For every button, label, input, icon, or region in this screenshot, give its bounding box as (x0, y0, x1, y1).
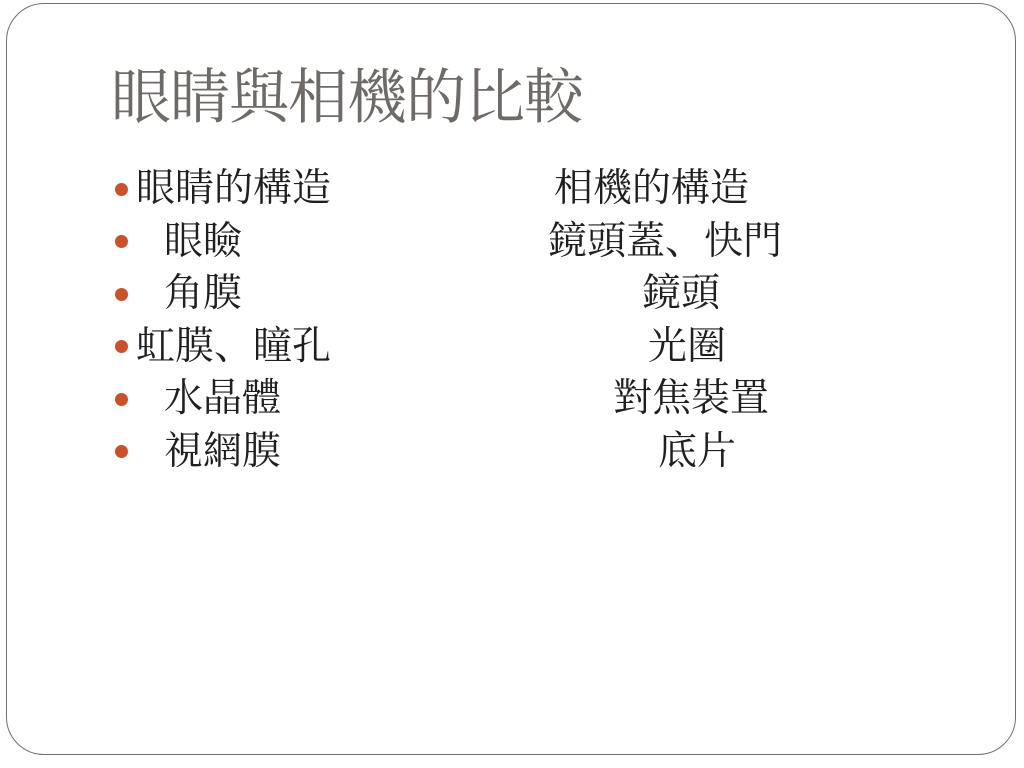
list-item: 虹膜、瞳孔 光圈 (7, 321, 1015, 374)
bullet-icon (115, 183, 128, 196)
eye-structure-term: 角膜 (136, 268, 242, 321)
eye-structure-term: 水晶體 (136, 373, 281, 426)
bullet-icon (115, 340, 128, 353)
bullet-icon (115, 393, 128, 406)
eye-structure-term: 眼睛的構造 (136, 163, 331, 216)
eye-structure-term: 虹膜、瞳孔 (136, 321, 331, 374)
slide-title: 眼睛與相機的比較 (111, 62, 583, 134)
camera-structure-term: 底片 (658, 426, 736, 479)
bullet-icon (115, 288, 128, 301)
bullet-icon (115, 235, 128, 248)
slide-frame: 眼睛與相機的比較 眼睛的構造 相機的構造 眼瞼 鏡頭蓋、快門 角膜 鏡頭 虹膜、… (6, 3, 1016, 755)
bullet-icon (115, 445, 128, 458)
eye-structure-term: 視網膜 (136, 426, 281, 479)
eye-structure-term: 眼瞼 (136, 216, 242, 269)
camera-structure-term: 光圈 (648, 321, 726, 374)
list-item: 水晶體 對焦裝置 (7, 373, 1015, 426)
list-item: 眼瞼 鏡頭蓋、快門 (7, 216, 1015, 269)
list-item: 視網膜 底片 (7, 426, 1015, 479)
camera-structure-term: 鏡頭蓋、快門 (548, 216, 782, 269)
list-item: 眼睛的構造 相機的構造 (7, 163, 1015, 216)
list-item: 角膜 鏡頭 (7, 268, 1015, 321)
comparison-list: 眼睛的構造 相機的構造 眼瞼 鏡頭蓋、快門 角膜 鏡頭 虹膜、瞳孔 光圈 水晶體… (7, 163, 1015, 478)
camera-structure-term: 鏡頭 (642, 268, 720, 321)
camera-structure-term: 相機的構造 (554, 163, 749, 216)
camera-structure-term: 對焦裝置 (613, 373, 769, 426)
